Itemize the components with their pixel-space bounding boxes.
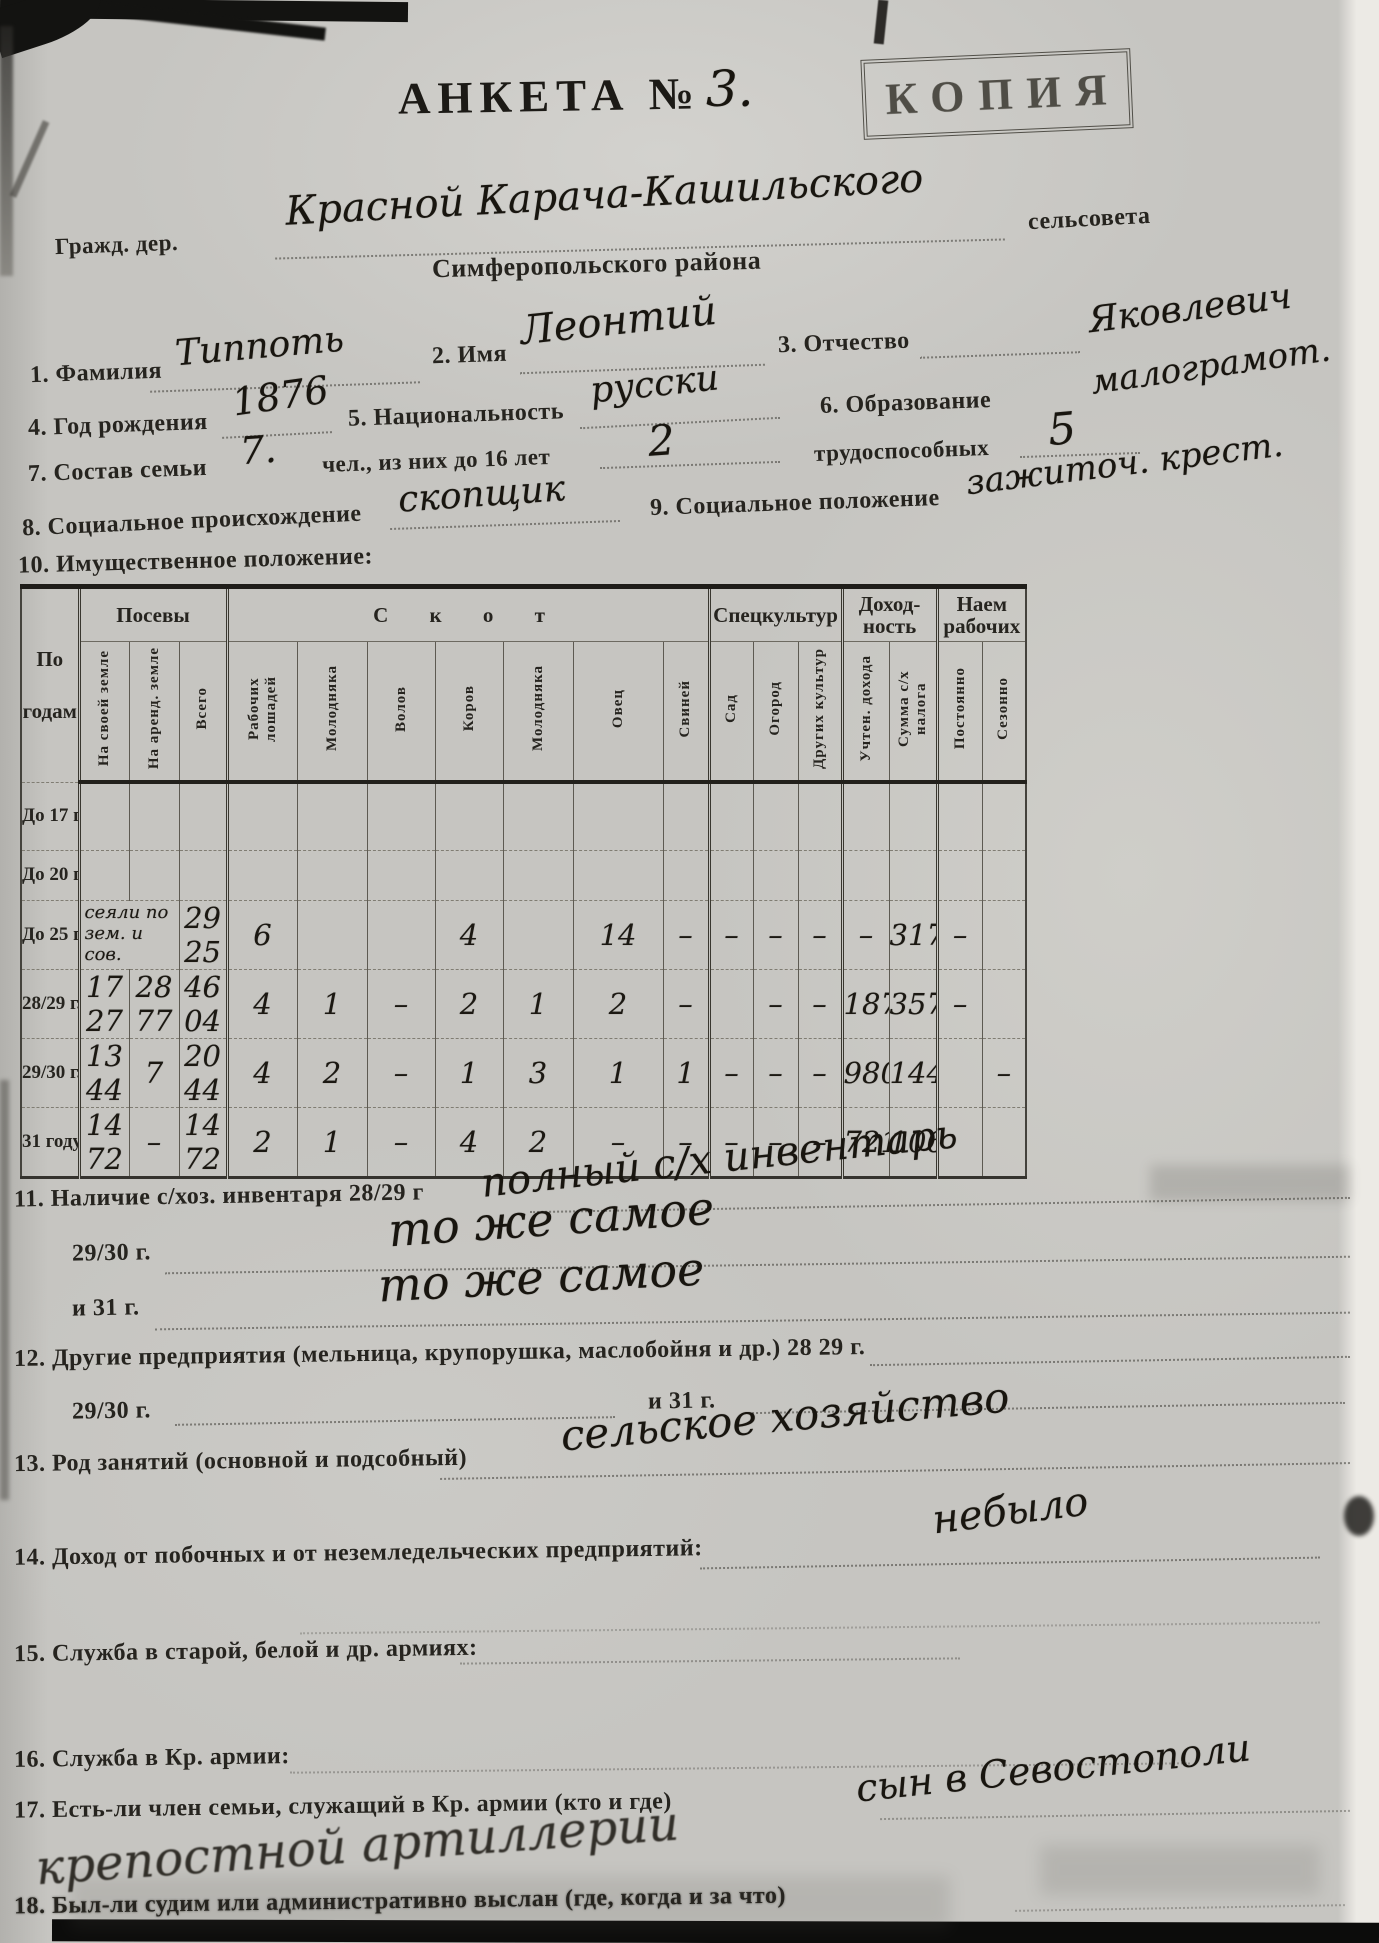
table-cell	[982, 850, 1026, 900]
col-header-permanent-text: Постоянно	[952, 667, 969, 749]
item11-label: 11. Наличие с/хоз. инвентаря 28/29 г	[14, 1179, 424, 1213]
table-cell: 14 72	[79, 1107, 129, 1177]
group-header-hired-line2: рабочих	[939, 615, 1026, 637]
table-cell	[367, 900, 435, 969]
col-header-young-horses: Молодняка	[297, 642, 367, 783]
dotted-line	[700, 1555, 1320, 1570]
table-cell	[753, 782, 798, 850]
nationality-value: русски	[588, 357, 721, 411]
dotted-line	[920, 349, 1080, 359]
name-value: Леонтий	[518, 288, 719, 354]
table-cell: –	[842, 900, 889, 969]
col-header-tax-sum-text: Сумма с/х налога	[896, 645, 930, 773]
table-cell: 29 25	[179, 900, 227, 969]
page-title: АНКЕТА №	[398, 67, 702, 124]
item12-label: 12. Другие предприятия (мельница, крупор…	[14, 1334, 866, 1373]
col-header-garden: Сад	[709, 642, 753, 783]
table-cell: 14 72	[179, 1107, 227, 1177]
dotted-line	[880, 1808, 1350, 1820]
table-row: 28/29 г. 17 2728 7746 04 41–212– –– 1877…	[21, 969, 1026, 1038]
table-cell: 1	[297, 1107, 367, 1177]
table-cell	[573, 782, 663, 850]
table-row: До 20 г.	[21, 850, 1026, 900]
col-header-vegetable-garden-text: Огород	[767, 681, 784, 736]
field-label-surname: 1. Фамилия	[30, 358, 163, 390]
table-cell: –	[753, 1038, 798, 1107]
group-header-special-cultures: Спецкультур	[709, 587, 842, 642]
field-label-patronymic: 3. Отчество	[778, 328, 911, 360]
group-header-income-line1: Доход-	[844, 593, 936, 615]
col-header-vegetable-garden: Огород	[753, 642, 798, 783]
table-cell: 1	[435, 1038, 503, 1107]
item13-label: 13. Род занятий (основной и подсобный)	[14, 1445, 467, 1478]
item14-label: 14. Доход от побочных и от неземледельче…	[14, 1535, 703, 1572]
table-cell	[129, 850, 179, 900]
table-cell: –	[937, 969, 982, 1038]
table-cell: 2	[435, 969, 503, 1038]
item16-label: 16. Служба в Кр. армии:	[14, 1743, 290, 1774]
table-cell: 1	[503, 969, 573, 1038]
table-cell: 4	[227, 969, 297, 1038]
field-label-able-bodied: трудоспособных	[814, 435, 990, 467]
table-cell: 7	[129, 1038, 179, 1107]
table-cell	[937, 1038, 982, 1107]
dotted-line	[440, 1460, 1350, 1480]
row-label: 29/30 г.	[21, 1038, 79, 1107]
dotted-line	[390, 518, 620, 530]
birth-year-value: 1876	[229, 367, 331, 424]
table-cell	[435, 782, 503, 850]
field-label-education: 6. Образование	[820, 387, 992, 420]
scan-light-right-strip	[1338, 0, 1379, 1943]
table-cell	[503, 900, 573, 969]
table-cell: 1	[663, 1038, 709, 1107]
table-cell: –	[129, 1107, 179, 1177]
table-cell	[367, 782, 435, 850]
item12-sub1-label: 29/30 г.	[72, 1397, 151, 1425]
table-cell: 14	[573, 900, 663, 969]
table-cell: 6	[227, 900, 297, 969]
col-header-cows: Коров	[435, 642, 503, 783]
col-header-sheep: Овец	[573, 642, 663, 783]
col-header-years-line1: По	[22, 648, 78, 670]
table-cell	[297, 900, 367, 969]
dotted-line	[600, 459, 780, 469]
table-cell-handwritten-note: сеяли по зем. и сов.	[79, 900, 179, 969]
item11-sub2-label: и 31 г.	[72, 1294, 140, 1322]
table-cell: 144,5	[889, 1038, 937, 1107]
table-cell: 1	[573, 1038, 663, 1107]
table-cell	[842, 850, 889, 900]
table-cell	[937, 782, 982, 850]
table-cell: –	[367, 1038, 435, 1107]
field-label-property: 10. Имущественное положение:	[18, 543, 374, 579]
table-cell: –	[798, 1038, 842, 1107]
table-cell: 28 77	[129, 969, 179, 1038]
table-cell	[709, 850, 753, 900]
col-header-total: Всего	[179, 642, 227, 783]
social-origin-value: скопщик	[397, 468, 567, 521]
scanned-document-page: АНКЕТА № 3. КОПИЯ Гражд. дер. Красной Ка…	[0, 0, 1379, 1943]
side-income-value: небыло	[930, 1479, 1091, 1544]
col-header-total-text: Всего	[194, 687, 211, 729]
table-cell: –	[753, 900, 798, 969]
family-size-value: 7.	[239, 427, 278, 473]
table-cell: 317	[889, 900, 937, 969]
col-header-recorded-income: Учтен. дохода	[842, 642, 889, 783]
table-cell: 3	[503, 1038, 573, 1107]
table-cell	[435, 850, 503, 900]
table-cell	[503, 782, 573, 850]
item15-label: 15. Служба в старой, белой и др. армиях:	[14, 1635, 478, 1668]
table-cell: –	[937, 900, 982, 969]
field-label-family: 7. Состав семьи	[28, 455, 208, 488]
group-header-hired-line1: Наем	[939, 593, 1026, 615]
table-cell	[842, 782, 889, 850]
field-label-name: 2. Имя	[432, 341, 508, 371]
surname-value: Типпоть	[174, 319, 346, 375]
table-cell: –	[663, 969, 709, 1038]
table-row: 29/30 г. 13 44720 44 42–1311 ––– 980144,…	[21, 1038, 1026, 1107]
col-header-work-horses-text: Рабочих лошадей	[246, 645, 280, 773]
dotted-line	[300, 1620, 1320, 1635]
col-header-recorded-income-text: Учтен. дохода	[858, 655, 875, 761]
scan-artifact-left-diagonal	[10, 120, 50, 198]
table-cell: –	[367, 969, 435, 1038]
col-header-garden-text: Сад	[723, 694, 740, 723]
table-cell: –	[367, 1107, 435, 1177]
property-table: По годам Посевы С к о т Спецкультур Дохо…	[20, 584, 1027, 1179]
scan-artifact-tick	[874, 0, 889, 44]
table-cell: 13 44	[79, 1038, 129, 1107]
table-cell: 357	[889, 969, 937, 1038]
table-cell: 20 44	[179, 1038, 227, 1107]
col-header-permanent: Постоянно	[937, 642, 982, 783]
table-cell: –	[798, 969, 842, 1038]
row-label: 31 году	[21, 1107, 79, 1177]
dotted-line	[460, 1655, 960, 1664]
table-cell: 980	[842, 1038, 889, 1107]
table-cell	[982, 969, 1026, 1038]
table-cell	[79, 782, 129, 850]
col-header-young-cattle: Молодняка	[503, 642, 573, 783]
occupation-value: сельское хозяйство	[559, 1372, 1011, 1460]
kopiya-stamp: КОПИЯ	[860, 48, 1133, 140]
patronymic-value: Яковлевич	[1086, 276, 1293, 342]
col-header-young-horses-text: Молодняка	[324, 665, 341, 751]
group-header-income-line2: ность	[844, 615, 936, 637]
dotted-line	[870, 1354, 1350, 1366]
col-header-tax-sum: Сумма с/х налога	[889, 642, 937, 783]
col-header-rented-land-text: На аренд. земле	[146, 647, 163, 769]
dotted-line	[175, 1414, 615, 1426]
table-cell: –	[753, 969, 798, 1038]
dotted-line	[155, 1310, 1350, 1331]
field-label-birth-year: 4. Год рождения	[28, 409, 209, 442]
col-header-work-horses: Рабочих лошадей	[227, 642, 297, 783]
table-cell	[179, 782, 227, 850]
table-cell	[709, 782, 753, 850]
table-cell: –	[709, 900, 753, 969]
table-cell	[367, 850, 435, 900]
table-cell	[709, 969, 753, 1038]
table-cell: 46 04	[179, 969, 227, 1038]
table-cell: 4	[435, 900, 503, 969]
field-label-social-origin: 8. Социальное происхождение	[22, 501, 363, 543]
dotted-line	[1015, 1902, 1345, 1912]
table-cell: 2	[227, 1107, 297, 1177]
col-header-pigs: Свиней	[663, 642, 709, 783]
table-group-header-row: По годам Посевы С к о т Спецкультур Дохо…	[21, 587, 1026, 642]
questionnaire-number: 3.	[706, 60, 754, 118]
table-row: До 17 г.	[21, 782, 1026, 850]
col-header-seasonal-text: Сезонно	[995, 677, 1012, 740]
group-header-hired-workers: Наем рабочих	[937, 587, 1026, 642]
table-cell	[227, 782, 297, 850]
able-bodied-value: 5	[1046, 403, 1078, 456]
scan-ink-blob	[1344, 1496, 1374, 1536]
table-cell	[79, 850, 129, 900]
address-prefix: Гражд. дер.	[55, 230, 179, 260]
col-header-oxen: Волов	[367, 642, 435, 783]
table-cell	[179, 850, 227, 900]
scan-artifact-left-strip	[0, 26, 13, 276]
col-header-seasonal: Сезонно	[982, 642, 1026, 783]
scan-smudge-bottom-right	[1040, 1845, 1320, 1895]
address-suffix: сельсовета	[1027, 203, 1151, 236]
under16-value: 2	[646, 415, 676, 466]
row-label: До 25 г.	[21, 900, 79, 969]
table-cell: –	[709, 1038, 753, 1107]
table-cell: –	[982, 1038, 1026, 1107]
col-header-young-cattle-text: Молодняка	[530, 665, 547, 751]
table-cell: 2	[573, 969, 663, 1038]
table-cell	[753, 850, 798, 900]
table-cell	[129, 782, 179, 850]
table-cell	[798, 850, 842, 900]
education-value: малограмот.	[1088, 329, 1333, 402]
item11-sub1-label: 29/30 г.	[72, 1239, 151, 1267]
group-header-income: Доход- ность	[842, 587, 937, 642]
table-cell	[297, 850, 367, 900]
col-header-other-cultures: Других культур	[798, 642, 842, 783]
table-cell	[297, 782, 367, 850]
scan-artifact-corner-wedge	[0, 0, 109, 58]
field-label-nationality: 5. Национальность	[348, 398, 565, 433]
dotted-line	[580, 415, 780, 429]
col-header-pigs-text: Свиней	[677, 680, 694, 738]
col-header-years: По годам	[21, 587, 79, 783]
col-header-rented-land: На аренд. земле	[129, 642, 179, 783]
table-cell	[503, 850, 573, 900]
dotted-line	[165, 1254, 1350, 1275]
group-header-crops: Посевы	[79, 587, 227, 642]
table-row: До 25 г. сеяли по зем. и сов. 29 25 6414…	[21, 900, 1026, 969]
col-header-cows-text: Коров	[461, 685, 478, 731]
col-header-other-cultures-text: Других культур	[811, 648, 828, 769]
table-cell	[798, 782, 842, 850]
table-cell	[573, 850, 663, 900]
table-cell	[663, 782, 709, 850]
col-header-oxen-text: Волов	[393, 686, 410, 732]
scan-artifact-left-strip-lower	[0, 1080, 9, 1500]
table-cell	[982, 1107, 1026, 1177]
col-header-sheep-text: Овец	[610, 689, 627, 728]
table-cell	[227, 850, 297, 900]
family-in-red-army-value: сын в Севостополи	[854, 1725, 1253, 1810]
table-sub-header-row: На своей земле На аренд. земле Всего Раб…	[21, 642, 1026, 783]
col-header-own-land-text: На своей земле	[96, 650, 113, 766]
table-cell	[982, 900, 1026, 969]
col-header-years-line2: годам	[22, 700, 78, 722]
table-cell: 1877	[842, 969, 889, 1038]
table-cell: 1	[297, 969, 367, 1038]
table-cell: 4	[227, 1038, 297, 1107]
field-label-social-status: 9. Социальное положение	[650, 485, 941, 522]
table-cell	[937, 850, 982, 900]
group-header-cattle: С к о т	[227, 587, 709, 642]
village-name-handwritten: Красной Карача-Кашильского	[284, 155, 924, 234]
row-label: До 20 г.	[21, 850, 79, 900]
row-label: 28/29 г.	[21, 969, 79, 1038]
table-cell: 17 27	[79, 969, 129, 1038]
social-status-value: зажиточ. крест.	[964, 425, 1286, 504]
table-cell: 2	[297, 1038, 367, 1107]
table-cell: –	[798, 900, 842, 969]
table-cell	[889, 850, 937, 900]
table-cell: –	[663, 900, 709, 969]
col-header-own-land: На своей земле	[79, 642, 129, 783]
table-cell	[982, 782, 1026, 850]
row-label: До 17 г.	[21, 782, 79, 850]
table-cell	[889, 782, 937, 850]
table-cell	[663, 850, 709, 900]
